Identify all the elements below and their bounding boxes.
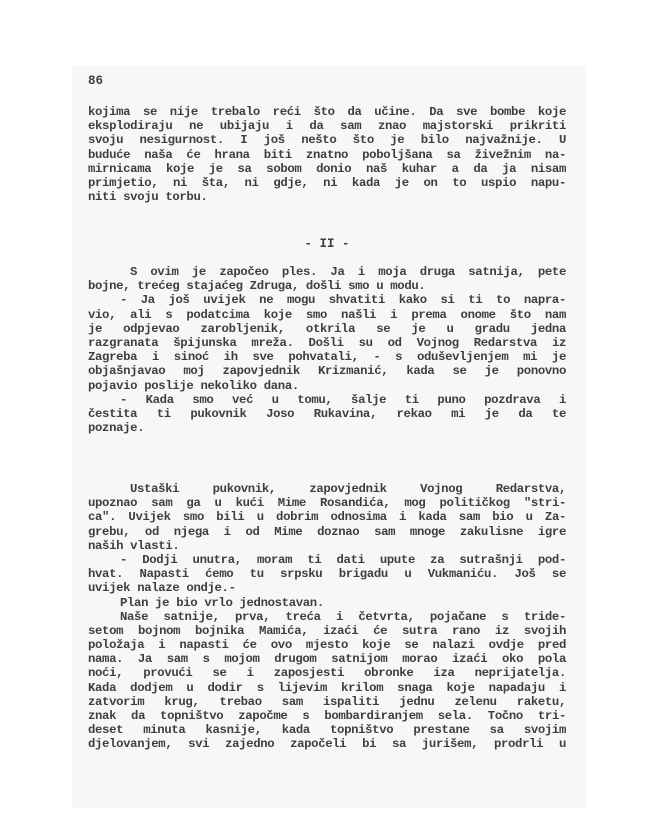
text-line: - Kada smo već u tomu, šalje ti puno poz… [88,393,566,407]
text-line: eksplodiraju ne ubijaju i da sam znao ma… [88,119,566,133]
text-line: je odpjevao zarobljenik, otkrila se je u… [88,322,566,336]
paragraph-block-2: S ovim je započeo ples. Ja i moja druga … [88,265,566,435]
text-line: deset minuta kasnije, kada topništvo pre… [88,723,566,737]
paragraph-block-1: kojima se nije trebalo reći što da učine… [88,105,566,204]
paragraph-block-3: Ustaški pukovnik, zapovjednik Vojnog Red… [88,482,566,752]
text-line: djelovanjem, svi zajedno započeli bi sa … [88,737,566,751]
text-line: pojavio poslije nekoliko dana. [88,379,566,393]
text-line: razgranata špijunska mreža. Došli su od … [88,336,566,350]
text-line: poznaje. [88,421,566,435]
text-line: mirnicama koje je sa sobom donio naš kuh… [88,162,566,176]
text-line: bojne, trećeg stajaćeg Zdruga, došli smo… [88,279,566,293]
text-line: upoznao sam ga u kući Mime Rosandića, mo… [88,496,566,510]
text-line: niti svoju torbu. [88,190,566,204]
text-line: primjetio, ni šta, ni gdje, ni kada je o… [88,176,566,190]
text-line: vio, ali s podatcima koje smo našli i pr… [88,308,566,322]
section-heading: - II - [88,237,566,251]
text-line: svoju nesigurnost. I još nešto što je bi… [88,133,566,147]
text-line: položaja i napasti će ovo mjesto koje se… [88,638,566,652]
text-line: S ovim je započeo ples. Ja i moja druga … [88,265,566,279]
text-line: znak da topništvo započme s bombardiranj… [88,709,566,723]
text-line: uvijek nalaze ondje.- [88,581,566,595]
text-line: noći, provući se i zaposjesti obronke iz… [88,666,566,680]
text-line: Ustaški pukovnik, zapovjednik Vojnog Red… [88,482,566,496]
text-line: Naše satnije, prva, treća i četvrta, poj… [88,610,566,624]
text-line: grebu, od njega i od Mime doznao sam mno… [88,525,566,539]
page-number: 86 [88,74,103,88]
text-line: objašnjavao moj zapovjednik Krizmanić, k… [88,364,566,378]
text-line: ca". Uvijek smo bili u dobrim odnosima i… [88,510,566,524]
text-line: Zagreba i sinoć ih sve pohvatali, - s od… [88,350,566,364]
text-line: hvat. Napasti ćemo tu srpsku brigadu u V… [88,567,566,581]
text-line: Kada dodjem u dodir s lijevim krilom sna… [88,681,566,695]
text-line: - Ja još uvijek ne mogu shvatiti kako si… [88,293,566,307]
text-line: čestita ti pukovnik Joso Rukavina, rekao… [88,407,566,421]
text-line: Plan je bio vrlo jednostavan. [88,596,566,610]
text-line: buduće naša će hrana biti znatno poboljš… [88,148,566,162]
text-line: zatvorim krug, trebao sam ispaliti jednu… [88,695,566,709]
text-line: nama. Ja sam s mojom drugom satnijom mor… [88,652,566,666]
text-line: kojima se nije trebalo reći što da učine… [88,105,566,119]
text-line: - Dodji unutra, moram ti dati upute za s… [88,553,566,567]
text-line: naših vlasti. [88,539,566,553]
text-line: setom bojnom bojnika Mamića, izaći će su… [88,624,566,638]
